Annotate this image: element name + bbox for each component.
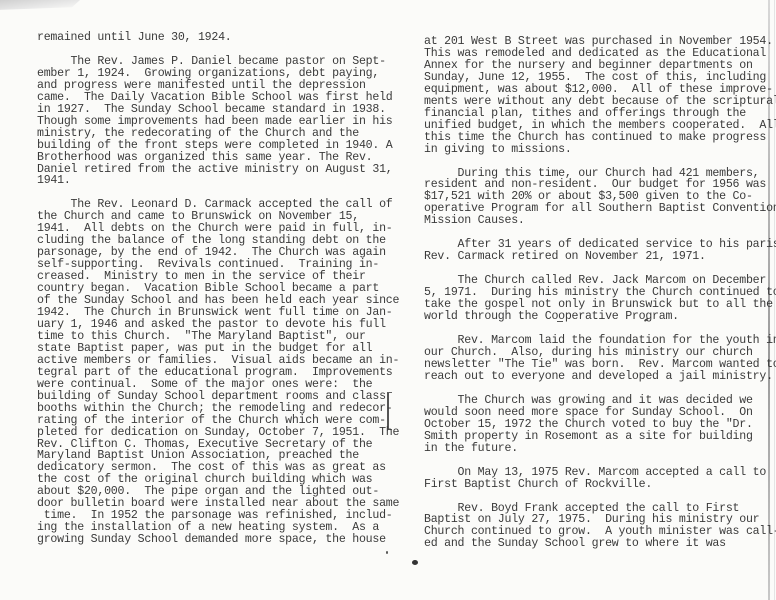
text-line: Brotherhood was organized this same year… — [37, 152, 399, 164]
paragraph-gap — [424, 455, 776, 467]
text-line: Mission Causes. — [424, 215, 776, 227]
text-line: world through the Cooperative Program. — [424, 311, 776, 323]
text-line: tegral part of the educational program. … — [37, 367, 399, 379]
paragraph: remained until June 30, 1924. — [37, 32, 399, 44]
paragraph: Rev. Boyd Frank accepted the call to Fir… — [424, 503, 776, 551]
text-line: rating of the interior of the Church whi… — [37, 415, 399, 427]
text-line: On May 13, 1975 Rev. Marcom accepted a c… — [424, 467, 776, 479]
paragraph: The Church called Rev. Jack Marcom on De… — [424, 275, 776, 323]
paragraph: The Rev. Leonard D. Carmack accepted the… — [37, 199, 399, 546]
paragraph: The Church was growing and it was decide… — [424, 395, 776, 455]
text-line: in giving to missions. — [424, 144, 776, 156]
text-line: this time the Church has continued to ma… — [424, 132, 776, 144]
paragraph: During this time, our Church had 421 mem… — [424, 168, 776, 228]
text-line: building of the front steps were complet… — [37, 140, 399, 152]
paragraph-gap — [424, 491, 776, 503]
text-line: 1941. — [37, 175, 399, 187]
text-line: unified budget, in which the members coo… — [424, 120, 776, 132]
text-line: remained until June 30, 1924. — [37, 32, 399, 44]
text-line: building of Sunday School department roo… — [37, 391, 399, 403]
text-line: ments were without any debt because of t… — [424, 96, 776, 108]
text-line: were continual. Some of the major ones w… — [37, 379, 399, 391]
text-line: active members or families. Visual aids … — [37, 355, 399, 367]
text-line: booths within the Church; the remodeling… — [37, 403, 399, 415]
text-line: ed and the Sunday School grew to where i… — [424, 538, 776, 550]
text-line: growing Sunday School demanded more spac… — [37, 534, 399, 546]
text-line: financial plan, tithes and offerings thr… — [424, 108, 776, 120]
text-line: pleted for dedication on Sunday, October… — [37, 427, 399, 439]
paragraph: at 201 West B Street was purchased in No… — [424, 36, 776, 156]
text-line: came. The Daily Vacation Bible School wa… — [37, 92, 399, 104]
text-line: Rev. Carmack retired on November 21, 197… — [424, 251, 776, 263]
paragraph: After 31 years of dedicated service to h… — [424, 239, 776, 263]
right-column: at 201 West B Street was purchased in No… — [424, 36, 776, 550]
paragraph: On May 13, 1975 Rev. Marcom accepted a c… — [424, 467, 776, 491]
text-line: in the future. — [424, 443, 776, 455]
ink-blot — [412, 560, 418, 565]
text-line: October 15, 1972 the Church voted to buy… — [424, 419, 776, 431]
text-line: Though some improvements had been made e… — [37, 116, 399, 128]
text-line: ministry, the redecorating of the Church… — [37, 128, 399, 140]
text-line: Smith property in Rosemont as a site for… — [424, 431, 776, 443]
text-line: would soon need more space for Sunday Sc… — [424, 407, 776, 419]
text-line: in 1927. The Sunday School became standa… — [37, 104, 399, 116]
left-column: remained until June 30, 1924. The Rev. J… — [37, 32, 399, 546]
scan-shadow — [0, 0, 80, 18]
paragraph: The Rev. James P. Daniel became pastor o… — [37, 56, 399, 187]
text-line: reach out to everyone and developed a ja… — [424, 371, 776, 383]
paragraph: Rev. Marcom laid the foundation for the … — [424, 335, 776, 383]
text-line: equipment, was about $12,000. All of the… — [424, 84, 776, 96]
text-line: First Baptist Church of Rockville. — [424, 479, 776, 491]
text-line: The Church was growing and it was decide… — [424, 395, 776, 407]
text-line: Daniel retired from the active ministry … — [37, 164, 399, 176]
paragraph-gap — [424, 156, 776, 168]
ink-speck — [386, 551, 388, 554]
